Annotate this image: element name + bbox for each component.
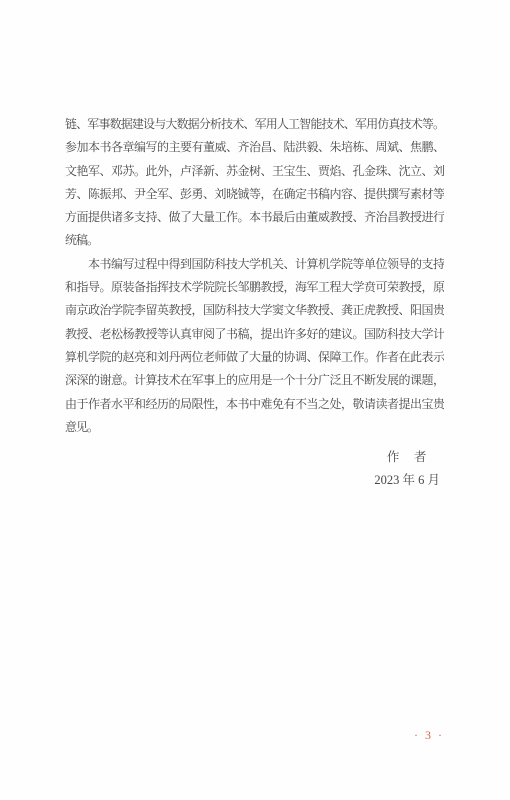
text-line: 意见。 bbox=[65, 416, 444, 439]
author-signature: 作 者 bbox=[374, 446, 440, 469]
text-line: 参加本书各章编写的主要有董威、齐治昌、陆洪毅、朱培栋、周斌、焦鹏、 bbox=[65, 136, 444, 159]
text-line: 南京政治学院李留英教授，国防科技大学窦文华教授、龚正虎教授、阳国贵 bbox=[65, 299, 444, 322]
text-line: 由于作者水平和经历的局限性，本书中难免有不当之处，敬请读者提出宝贵 bbox=[65, 393, 444, 416]
text-line: 教授、老松杨教授等认真审阅了书稿，提出许多好的建议。国防科技大学计 bbox=[65, 323, 444, 346]
page-number: · 3 · bbox=[414, 727, 444, 743]
text-line: 深深的谢意。计算技术在军事上的应用是一个十分广泛且不断发展的课题， bbox=[65, 369, 444, 392]
document-page: 链、军事数据建设与大数据分析技术、军用人工智能技术、军用仿真技术等。 参加本书各… bbox=[0, 0, 510, 800]
preface-body: 链、军事数据建设与大数据分析技术、军用人工智能技术、军用仿真技术等。 参加本书各… bbox=[65, 113, 444, 439]
text-line: 和指导。原装备指挥技术学院院长邹鹏教授，海军工程大学贲可荣教授，原 bbox=[65, 276, 444, 299]
text-line: 文艳军、邓苏。此外，卢泽新、苏金树、王宝生、贾焰、孔金珠、沈立、刘 bbox=[65, 160, 444, 183]
text-line: 统稿。 bbox=[65, 229, 444, 252]
signature-date: 2023 年 6 月 bbox=[374, 469, 440, 492]
text-line: 芳、陈振邦、尹全军、彭勇、刘晓铖等，在确定书稿内容、提供撰写素材等 bbox=[65, 183, 444, 206]
text-line: 本书编写过程中得到国防科技大学机关、计算机学院等单位领导的支持 bbox=[65, 253, 444, 276]
text-line: 链、军事数据建设与大数据分析技术、军用人工智能技术、军用仿真技术等。 bbox=[65, 113, 444, 136]
author-signature-block: 作 者 2023 年 6 月 bbox=[374, 446, 440, 493]
text-line: 算机学院的赵亮和刘丹两位老师做了大量的协调、保障工作。作者在此表示 bbox=[65, 346, 444, 369]
text-line: 方面提供诸多支持、做了大量工作。本书最后由董威教授、齐治昌教授进行 bbox=[65, 206, 444, 229]
